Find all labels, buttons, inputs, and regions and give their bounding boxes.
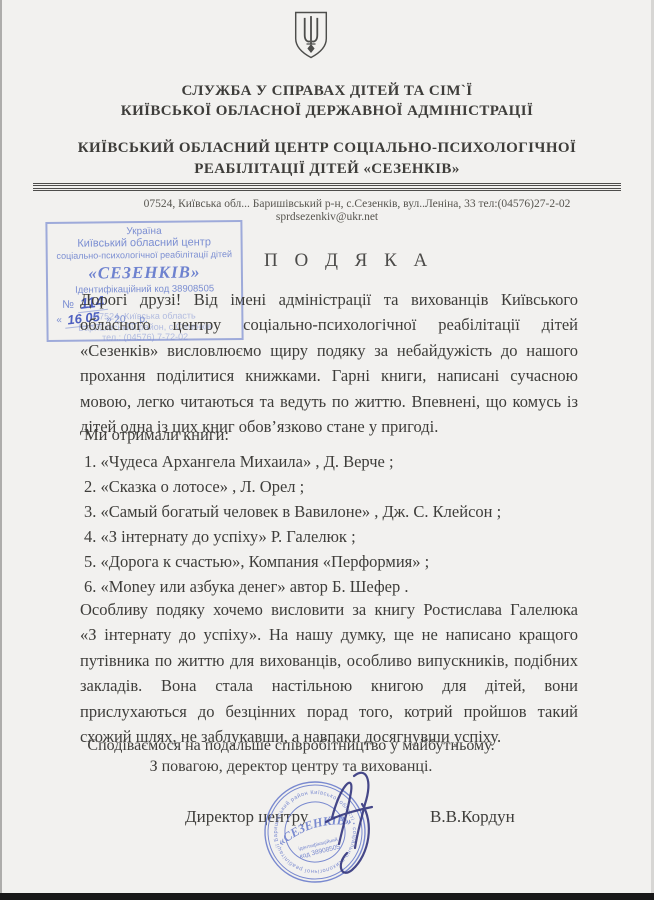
stamp-org-line-2: соціально-психологічної реабілітації діт… <box>48 249 241 262</box>
center-name-line-2: РЕАБІЛІТАЦІЇ ДІТЕЙ «СЕЗЕНКІВ» <box>0 161 654 178</box>
paragraph-line: путівника по життю для вихованців, особл… <box>80 648 578 673</box>
dept-line-2: КИЇВСЬКОЇ ОБЛАСНОЇ ДЕРЖАВНОЇ АДМІНІСТРАЦ… <box>0 103 654 120</box>
book-list-item: 5. «Дорога к счастью», Компания «Перформ… <box>84 549 584 574</box>
paragraph-2: Особливу подяку хочемо висловити за книг… <box>80 597 578 749</box>
paragraph-line: «Сезенків» висловлюємо щиру подяку за не… <box>80 338 578 363</box>
document-title: П О Д Я К А <box>264 250 433 272</box>
paragraph-line: закладів. Вона стала настільною книгою д… <box>80 673 578 698</box>
director-signature <box>316 764 400 884</box>
paragraph-line: Особливу подяку хочемо висловити за книг… <box>80 597 578 622</box>
paragraph-line: Дорогі друзі! Від імені адміністрації та… <box>80 287 578 312</box>
paragraph-line: мовою, легко читаються та ведуть по житт… <box>80 389 578 414</box>
letterhead-divider <box>33 183 621 191</box>
paragraph-line: «З інтернату до успіху». На нашу думку, … <box>80 622 578 647</box>
paragraph-line: прохання поділитися книжками. Гарні книг… <box>80 363 578 388</box>
letterhead-address: 07524, Київська обл... Баришівський р-н,… <box>60 198 654 210</box>
dept-line-1: СЛУЖБА У СПРАВАХ ДІТЕЙ ТА СІМ`Ї <box>0 83 654 100</box>
book-list-item: 6. «Money или азбука денег» автор Б. Шеф… <box>84 574 584 599</box>
closing-line-1: Сподіваємося на подальше співробітництво… <box>0 737 582 755</box>
paragraph-line: прислухаються до безцінних порад того, к… <box>80 699 578 724</box>
book-list-item: 1. «Чудеса Архангела Михаила» , Д. Верче… <box>84 449 584 474</box>
scanned-letter-page: СЛУЖБА У СПРАВАХ ДІТЕЙ ТА СІМ`Ї КИЇВСЬКО… <box>0 0 654 900</box>
paragraph-1: Дорогі друзі! Від імені адміністрації та… <box>80 287 578 439</box>
signoff-name: В.В.Кордун <box>430 807 515 827</box>
ukraine-trident-icon <box>293 11 329 59</box>
stamp-number-label: № <box>62 299 74 311</box>
book-list-item: 2. «Сказка о лотосе» , Л. Орел ; <box>84 474 584 499</box>
scan-edge-bottom <box>0 893 654 900</box>
book-list-item: 3. «Самый богатый человек в Вавилоне» , … <box>84 499 584 524</box>
books-intro: Ми отримали книги: <box>84 425 229 445</box>
book-list-item: 4. «З інтернату до успіху» Р. Галелюк ; <box>84 524 584 549</box>
paragraph-line: обласного центру соціально-психологічної… <box>80 312 578 337</box>
closing-line-2: З повагою, деректор центру та вихованці. <box>0 758 582 776</box>
center-name-line-1: КИЇВСЬКИЙ ОБЛАСНИЙ ЦЕНТР СОЦІАЛЬНО-ПСИХО… <box>0 140 654 157</box>
books-list: 1. «Чудеса Архангела Михаила» , Д. Верче… <box>84 449 584 599</box>
stamp-center-name: «СЕЗЕНКІВ» <box>48 262 241 283</box>
